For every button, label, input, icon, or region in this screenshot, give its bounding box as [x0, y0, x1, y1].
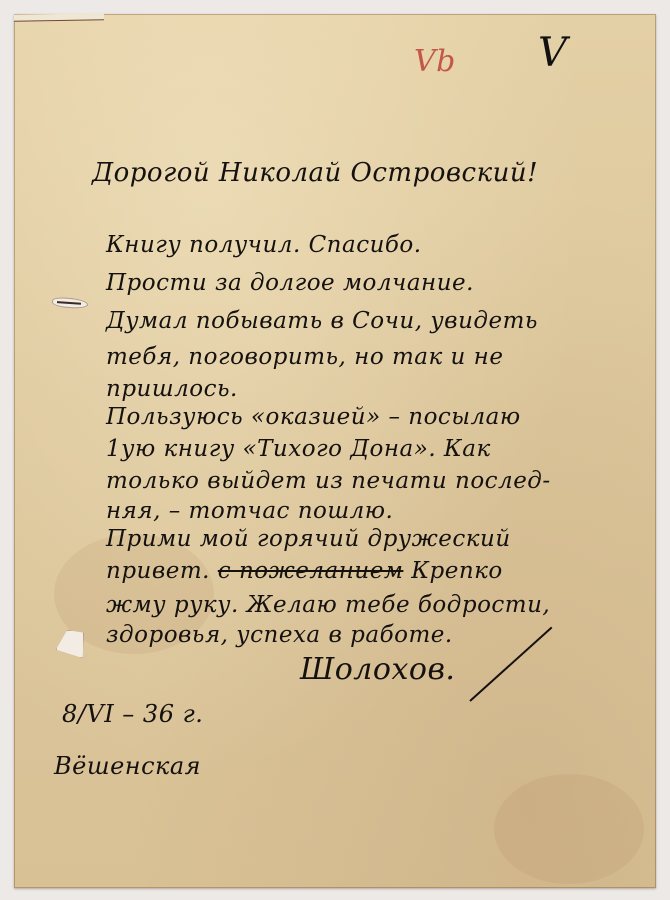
paper-hole	[56, 630, 84, 658]
paper-stain	[494, 774, 644, 884]
letter-line: привет. с пожеланием Крепко	[106, 558, 503, 584]
archive-mark-v: V	[538, 30, 567, 76]
letter-line: только выйдет из печати послед-	[106, 468, 551, 494]
letter-greeting: Дорогой Николай Островский!	[92, 158, 538, 188]
archive-number-red: Vb	[414, 44, 456, 79]
letter-line: Прости за долгое молчание.	[106, 270, 474, 296]
letter-line: 1ую книгу «Тихого Дона». Как	[106, 436, 491, 462]
letter-line: тебя, поговорить, но так и не	[106, 344, 503, 370]
letter-place: Вёшенская	[54, 752, 201, 780]
letter-line: Прими мой горячий дружеский	[106, 526, 511, 552]
letter-line: жму руку. Желаю тебе бодрости,	[106, 592, 550, 618]
letter-line: няя, – тотчас пошлю.	[106, 498, 393, 524]
signature: Шолохов.	[300, 652, 455, 687]
letter-text: Крепко	[403, 558, 502, 584]
letter-line: пришлось.	[106, 376, 238, 402]
letter-text: привет.	[106, 558, 218, 584]
letter-date: 8/VI – 36 г.	[62, 700, 203, 728]
struck-out-text: с пожеланием	[218, 558, 404, 584]
paper-tear	[52, 297, 89, 309]
letter-line: Пользуюсь «оказией» – посылаю	[106, 404, 521, 430]
letter-line: здоровья, успеха в работе.	[106, 622, 453, 648]
letter-line: Думал побывать в Сочи, увидеть	[106, 308, 538, 334]
letter-line: Книгу получил. Спасибо.	[106, 232, 422, 258]
